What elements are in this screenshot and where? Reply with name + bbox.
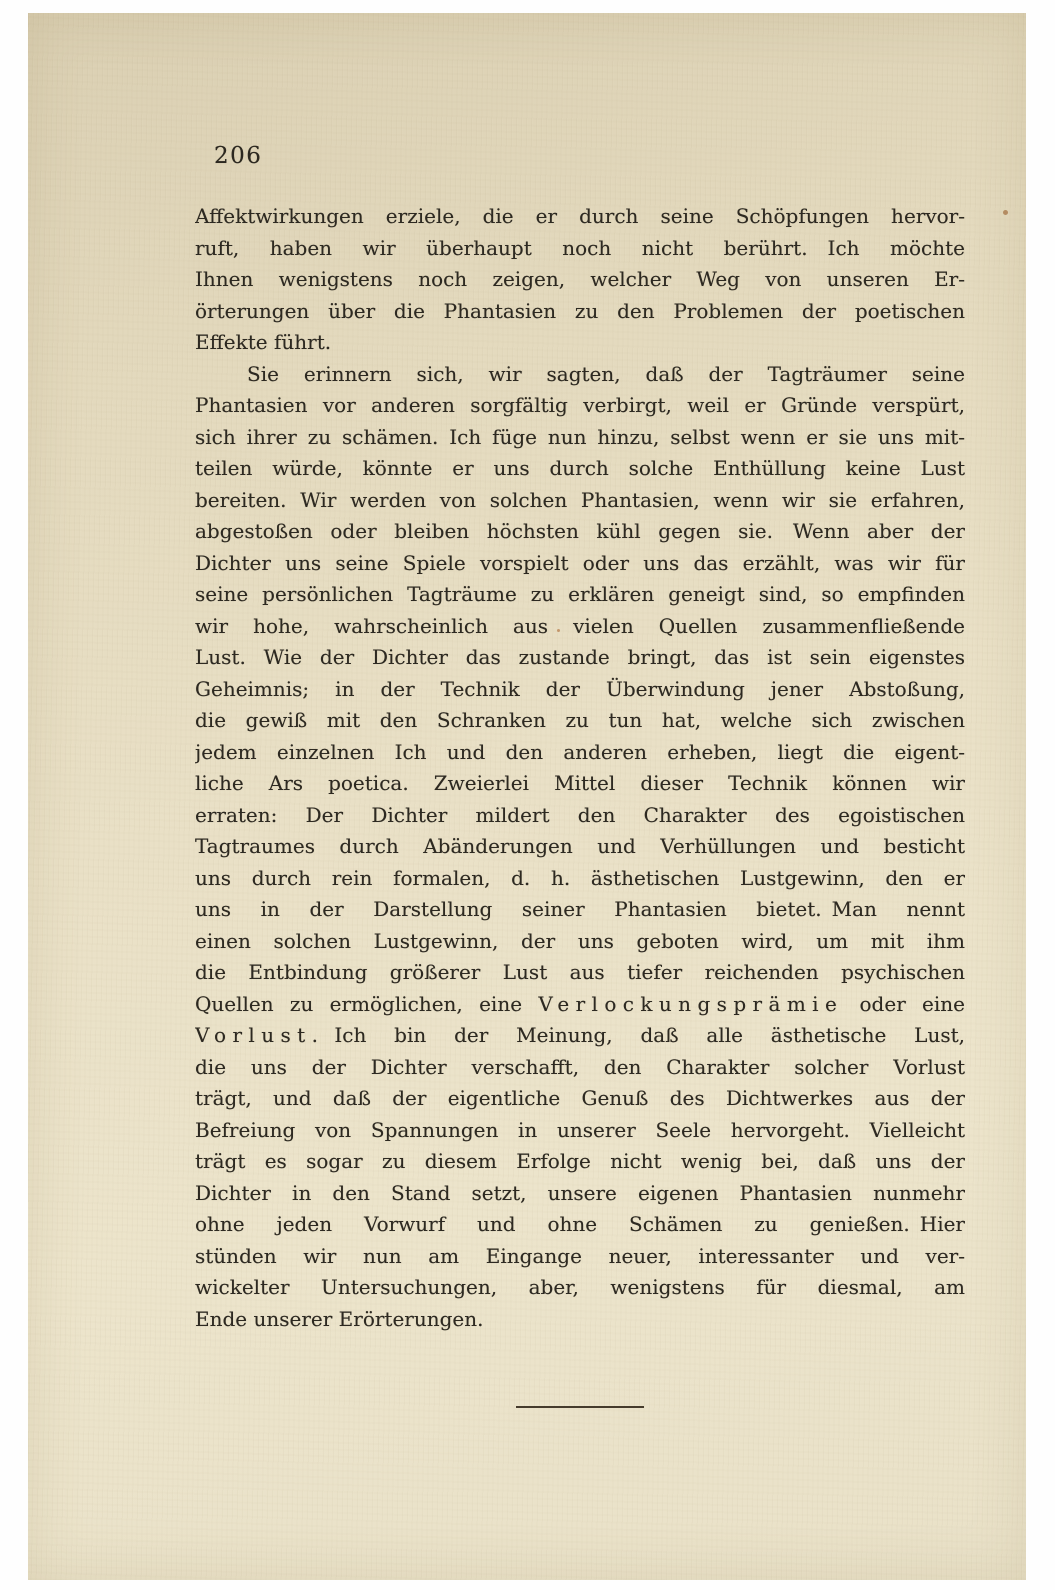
text-segment: uns durch rein formalen, d. h. ästhetisc…	[195, 866, 965, 890]
text-segment: Ich bin der Meinung, daß alle ästhetisch…	[324, 1023, 965, 1047]
text-line: Dichter uns seine Spiele vorspielt oder …	[195, 548, 965, 580]
text-line: die gewiß mit den Schranken zu tun hat, …	[195, 705, 965, 737]
text-segment: sich ihrer zu schämen. Ich füge nun hinz…	[195, 425, 965, 449]
text-segment: die gewiß mit den Schranken zu tun hat, …	[195, 708, 965, 732]
text-segment: liche Ars poetica. Zweierlei Mittel dies…	[195, 771, 965, 795]
text-segment: abgestoßen oder bleiben höchsten kühl ge…	[195, 519, 965, 543]
text-segment: wickelter Untersuchungen, aber, wenigste…	[195, 1275, 965, 1299]
text-segment: Dichter uns seine Spiele vorspielt oder …	[195, 551, 965, 575]
text-segment: seine persönlichen Tagträume zu erklären…	[195, 582, 965, 606]
text-line: seine persönlichen Tagträume zu erklären…	[195, 579, 965, 611]
text-segment: trägt, und daß der eigentliche Genuß des…	[195, 1086, 965, 1110]
paper-speck	[1003, 210, 1008, 215]
text-segment: ruft, haben wir überhaupt noch nicht ber…	[195, 236, 965, 260]
text-segment: oder eine	[843, 992, 965, 1016]
text-line: sich ihrer zu schämen. Ich füge nun hinz…	[195, 422, 965, 454]
emphasized-spaced-text: Verlockungsprämie	[538, 992, 843, 1016]
text-line: abgestoßen oder bleiben höchsten kühl ge…	[195, 516, 965, 548]
text-segment: Effekte führt.	[195, 330, 331, 354]
text-segment: ohne jeden Vorwurf und ohne Schämen zu g…	[195, 1212, 965, 1236]
text-line: liche Ars poetica. Zweierlei Mittel dies…	[195, 768, 965, 800]
text-segment: teilen würde, könnte er uns durch solche…	[195, 456, 965, 480]
text-line: bereiten. Wir werden von solchen Phantas…	[195, 485, 965, 517]
text-line: Befreiung von Spannungen in unserer Seel…	[195, 1115, 965, 1147]
text-line: Vorlust. Ich bin der Meinung, daß alle ä…	[195, 1020, 965, 1052]
text-line: wickelter Untersuchungen, aber, wenigste…	[195, 1272, 965, 1304]
text-line: Dichter in den Stand setzt, unsere eigen…	[195, 1178, 965, 1210]
scanner-background: 206 Affektwirkungen erziele, die er durc…	[0, 0, 1055, 1590]
page-number: 206	[214, 143, 262, 169]
text-segment: Ihnen wenigstens noch zeigen, welcher We…	[195, 267, 965, 291]
text-segment: Geheimnis; in der Technik der Überwindun…	[195, 677, 965, 701]
text-segment: die Entbindung größerer Lust aus tiefer …	[195, 960, 965, 984]
text-line: örterungen über die Phantasien zu den Pr…	[195, 296, 965, 328]
text-line: jedem einzelnen Ich und den anderen erhe…	[195, 737, 965, 769]
text-line: Quellen zu ermöglichen, eine Verlockungs…	[195, 989, 965, 1021]
text-line: Ihnen wenigstens noch zeigen, welcher We…	[195, 264, 965, 296]
text-line: Effekte führt.	[195, 327, 965, 359]
text-segment: Phantasien vor anderen sorgfältig verbir…	[195, 393, 965, 417]
text-line: trägt, und daß der eigentliche Genuß des…	[195, 1083, 965, 1115]
text-line: uns durch rein formalen, d. h. ästhetisc…	[195, 863, 965, 895]
text-column: Affektwirkungen erziele, die er durch se…	[195, 201, 965, 1335]
text-line: die uns der Dichter verschafft, den Char…	[195, 1052, 965, 1084]
section-divider	[516, 1406, 644, 1408]
text-segment: Dichter in den Stand setzt, unsere eigen…	[195, 1181, 965, 1205]
text-segment: trägt es sogar zu diesem Erfolge nicht w…	[195, 1149, 965, 1173]
text-line: stünden wir nun am Eingange neuer, inter…	[195, 1241, 965, 1273]
text-line: Lust. Wie der Dichter das zustande bring…	[195, 642, 965, 674]
text-line: trägt es sogar zu diesem Erfolge nicht w…	[195, 1146, 965, 1178]
text-segment: jedem einzelnen Ich und den anderen erhe…	[195, 740, 965, 764]
text-segment: Affektwirkungen erziele, die er durch se…	[195, 204, 965, 228]
text-segment: die uns der Dichter verschafft, den Char…	[195, 1055, 965, 1079]
text-line: teilen würde, könnte er uns durch solche…	[195, 453, 965, 485]
text-line: Geheimnis; in der Technik der Überwindun…	[195, 674, 965, 706]
text-segment: Ende unserer Erörterungen.	[195, 1307, 484, 1331]
text-line: einen solchen Lustgewinn, der uns gebote…	[195, 926, 965, 958]
text-segment: Tagtraumes durch Abänderungen und Verhül…	[195, 834, 965, 858]
text-line: die Entbindung größerer Lust aus tiefer …	[195, 957, 965, 989]
text-line: wir hohe, wahrscheinlich aus vielen Quel…	[195, 611, 965, 643]
text-segment: örterungen über die Phantasien zu den Pr…	[195, 299, 965, 323]
text-segment: einen solchen Lustgewinn, der uns gebote…	[195, 929, 965, 953]
text-line: uns in der Darstellung seiner Phantasien…	[195, 894, 965, 926]
text-segment: Quellen zu ermöglichen, eine	[195, 992, 538, 1016]
text-segment: wir hohe, wahrscheinlich aus vielen Quel…	[195, 614, 965, 638]
text-line: ruft, haben wir überhaupt noch nicht ber…	[195, 233, 965, 265]
text-segment: Befreiung von Spannungen in unserer Seel…	[195, 1118, 965, 1142]
text-line: Sie erinnern sich, wir sagten, daß der T…	[195, 359, 965, 391]
text-line: Phantasien vor anderen sorgfältig verbir…	[195, 390, 965, 422]
text-line: ohne jeden Vorwurf und ohne Schämen zu g…	[195, 1209, 965, 1241]
text-line: Ende unserer Erörterungen.	[195, 1304, 965, 1336]
emphasized-spaced-text: Vorlust.	[195, 1023, 324, 1047]
text-segment: Sie erinnern sich, wir sagten, daß der T…	[247, 362, 965, 386]
text-segment: stünden wir nun am Eingange neuer, inter…	[195, 1244, 965, 1268]
text-segment: Lust. Wie der Dichter das zustande bring…	[195, 645, 965, 669]
text-segment: bereiten. Wir werden von solchen Phantas…	[195, 488, 965, 512]
text-line: erraten: Der Dichter mildert den Charakt…	[195, 800, 965, 832]
text-segment: erraten: Der Dichter mildert den Charakt…	[195, 803, 965, 827]
text-line: Affektwirkungen erziele, die er durch se…	[195, 201, 965, 233]
text-line: Tagtraumes durch Abänderungen und Verhül…	[195, 831, 965, 863]
text-segment: uns in der Darstellung seiner Phantasien…	[195, 897, 965, 921]
